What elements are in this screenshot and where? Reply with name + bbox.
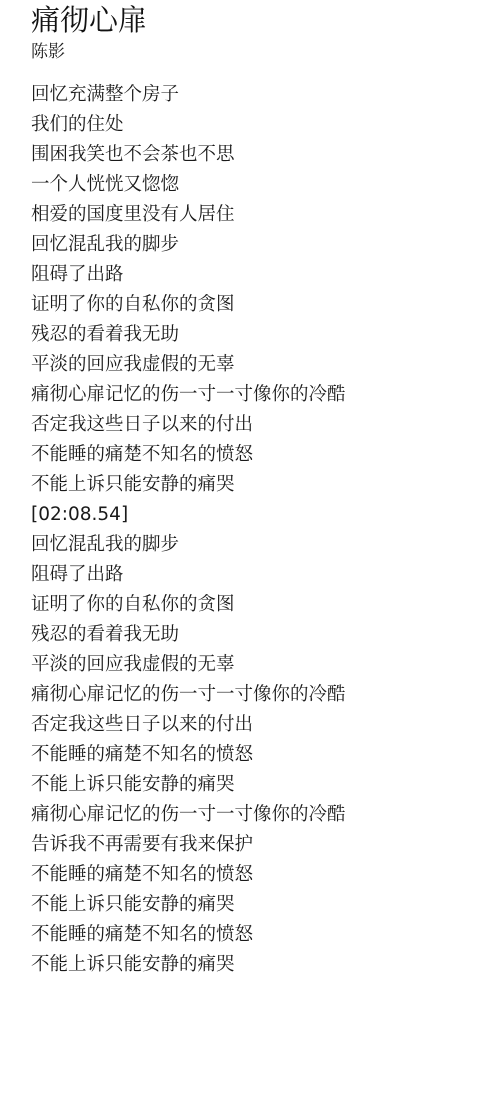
lyric-line: 否定我这些日子以来的付出 [31, 710, 500, 740]
lyric-line: 一个人恍恍又惚惚 [31, 170, 500, 200]
lyric-line: 告诉我不再需要有我来保护 [31, 830, 500, 860]
lyric-line: 不能上诉只能安静的痛哭 [31, 890, 500, 920]
lyric-line: 相爱的国度里没有人居住 [31, 200, 500, 230]
lyric-line: 否定我这些日子以来的付出 [31, 410, 500, 440]
lyric-line: 我们的住处 [31, 110, 500, 140]
lyric-line: 回忆充满整个房子 [31, 80, 500, 110]
lyric-line: 证明了你的自私你的贪图 [31, 590, 500, 620]
song-title: 痛彻心扉 [31, 2, 500, 38]
lyric-line: 残忍的看着我无助 [31, 620, 500, 650]
lyric-line: 残忍的看着我无助 [31, 320, 500, 350]
lyric-line: 不能上诉只能安静的痛哭 [31, 950, 500, 980]
lyric-line: 不能睡的痛楚不知名的愤怒 [31, 740, 500, 770]
lyric-line: 痛彻心扉记忆的伤一寸一寸像你的冷酷 [31, 800, 500, 830]
lyric-line: 平淡的回应我虚假的无辜 [31, 650, 500, 680]
lyric-line: 回忆混乱我的脚步 [31, 230, 500, 260]
lyric-line: 阻碍了出路 [31, 260, 500, 290]
lyric-line: 痛彻心扉记忆的伤一寸一寸像你的冷酷 [31, 680, 500, 710]
lyrics-page: 痛彻心扉 陈影 回忆充满整个房子 我们的住处 围困我笑也不会茶也不思 一个人恍恍… [31, 0, 500, 980]
lyrics-list: 回忆充满整个房子 我们的住处 围困我笑也不会茶也不思 一个人恍恍又惚惚 相爱的国… [31, 80, 500, 980]
lyric-line: 不能上诉只能安静的痛哭 [31, 770, 500, 800]
lyric-line: 回忆混乱我的脚步 [31, 530, 500, 560]
lyric-line: 围困我笑也不会茶也不思 [31, 140, 500, 170]
artist-name: 陈影 [31, 40, 500, 64]
lyric-line: 平淡的回应我虚假的无辜 [31, 350, 500, 380]
lyric-line: 证明了你的自私你的贪图 [31, 290, 500, 320]
lyric-line: 不能睡的痛楚不知名的愤怒 [31, 920, 500, 950]
lyric-line: 痛彻心扉记忆的伤一寸一寸像你的冷酷 [31, 380, 500, 410]
lyric-line: 阻碍了出路 [31, 560, 500, 590]
lyric-timestamp: [02:08.54] [31, 500, 500, 530]
lyric-line: 不能睡的痛楚不知名的愤怒 [31, 440, 500, 470]
lyric-line: 不能上诉只能安静的痛哭 [31, 470, 500, 500]
lyric-line: 不能睡的痛楚不知名的愤怒 [31, 860, 500, 890]
